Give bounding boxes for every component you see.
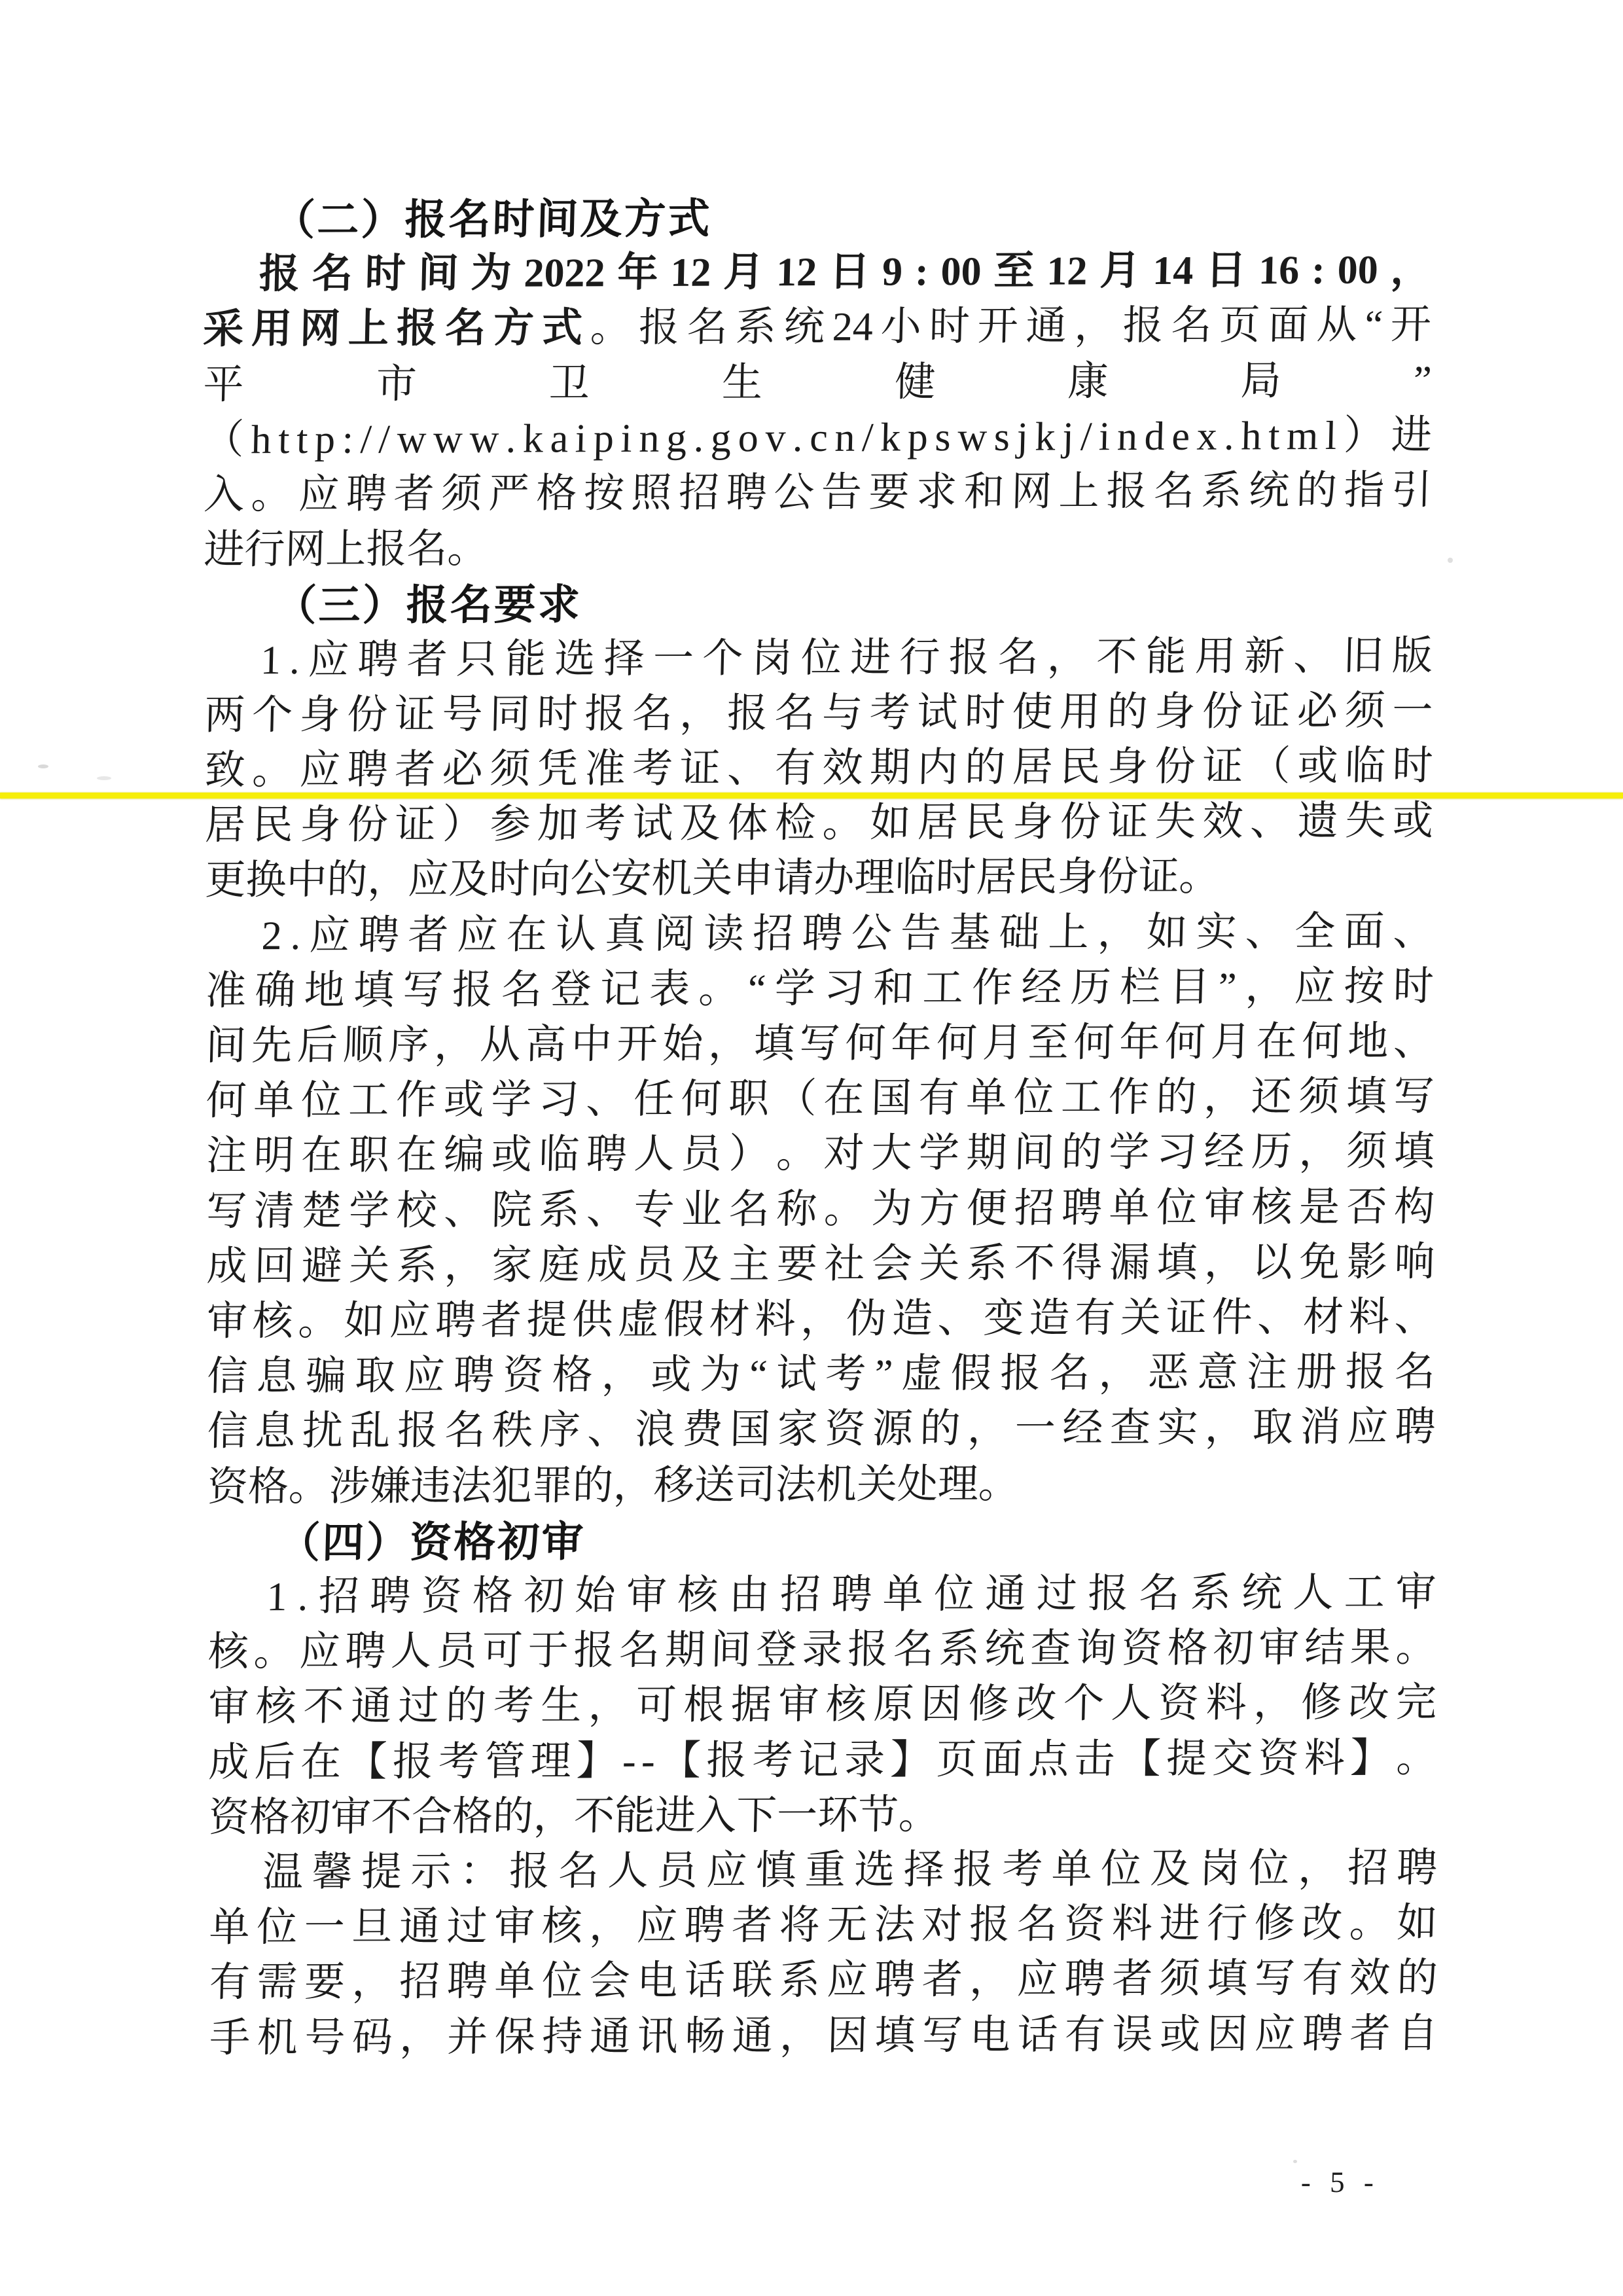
line-time-3: 平市卫生健康局” (203, 358, 1433, 408)
heading-section-2: （二）报名时间及方式 (202, 192, 1432, 244)
line-time-4: （http://www.kaiping.gov.cn/kpswsjkj/inde… (203, 413, 1433, 463)
line-tip-2: 单位一旦通过审核，应聘者将无法对报名资料进行修改。如 (209, 1901, 1438, 1951)
line-req-15: 信息扰乱报名秩序、浪费国家资源的，一经查实，取消应聘 (207, 1405, 1436, 1455)
line-req-4: 居民身份证）参加考试及体检。如居民身份证失效、遗失或 (204, 798, 1434, 849)
line-tip-3: 有需要，招聘单位会电话联系应聘者，应聘者须填写有效的 (209, 1956, 1438, 2006)
scan-speck (1293, 2160, 1297, 2163)
line-req-5: 更换中的，应及时向公安机关申请办理临时居民身份证。 (205, 853, 1435, 904)
line-tip-1: 温馨提示：报名人员应慎重选择报考单位及岗位，招聘 (208, 1846, 1438, 1896)
line-req-12: 成回避关系，家庭成员及主要社会关系不得漏填，以免影响 (206, 1240, 1436, 1290)
line-req-16: 资格。涉嫌违法犯罪的，移送司法机关处理。 (207, 1460, 1436, 1511)
line-req-3: 致。应聘者必须凭准考证、有效期内的居民身份证（或临时 (204, 744, 1434, 794)
heading-section-3: （三）报名要求 (204, 578, 1433, 630)
line-req-13: 审核。如应聘者提供虚假材料，伪造、变造有关证件、材料、 (206, 1295, 1436, 1345)
line-audit-4: 成后在【报考管理】--【报考记录】页面点击【提交资料】。 (208, 1736, 1438, 1786)
line-audit-5: 资格初审不合格的，不能进入下一环节。 (208, 1791, 1438, 1841)
line-req-6: 2.应聘者应在认真阅读招聘公告基础上，如实、全面、 (205, 909, 1435, 960)
line-time-5: 入。应聘者须严格按照招聘公告要求和网上报名系统的指引 (203, 468, 1433, 518)
scanned-document-page: （二）报名时间及方式报名时间为2022年12月12日9:00至12月14日16:… (0, 0, 1623, 2296)
line-req-9: 何单位工作或学习、任何职（在国有单位工作的，还须填写 (205, 1074, 1435, 1124)
scan-speck (38, 764, 48, 768)
line-req-11: 写清楚学校、院系、专业名称。为方便招聘单位审核是否构 (206, 1185, 1436, 1235)
line-req-7: 准确地填写报名登记表。“学习和工作经历栏目”，应按时 (205, 964, 1435, 1014)
line-req-2: 两个身份证号同时报名，报名与考试时使用的身份证必须一 (204, 689, 1434, 739)
line-audit-2: 核。应聘人员可于报名期间登录报名系统查询资格初审结果。 (207, 1625, 1437, 1676)
line-time-6: 进行网上报名。 (204, 523, 1433, 573)
scan-speck (1448, 558, 1453, 563)
document-lines: （二）报名时间及方式报名时间为2022年12月12日9:00至12月14日16:… (0, 0, 1623, 2296)
line-tip-4: 手机号码，并保持通讯畅通，因填写电话有误或因应聘者自 (209, 2011, 1438, 2062)
line-time-2: 采用网上报名方式。报名系统24小时开通，报名页面从“开 (202, 302, 1432, 353)
line-time-1: 报名时间为2022年12月12日9:00至12月14日16:00， (202, 247, 1432, 298)
page-number: - 5 - (1300, 2165, 1380, 2199)
line-audit-1: 1.招聘资格初始审核由招聘单位通过报名系统人工审 (207, 1570, 1437, 1621)
line-req-8: 间先后顺序，从高中开始，填写何年何月至何年何月在何地、 (205, 1019, 1435, 1069)
scan-speck (97, 776, 111, 780)
line-audit-3: 审核不通过的考生，可根据审核原因修改个人资料，修改完 (207, 1680, 1437, 1731)
scanner-yellow-line (0, 793, 1623, 798)
line-req-10: 注明在职在编或临聘人员）。对大学期间的学习经历，须填 (205, 1129, 1435, 1179)
heading-section-4: （四）资格初审 (207, 1515, 1436, 1567)
line-req-1: 1.应聘者只能选择一个岗位进行报名，不能用新、旧版 (204, 634, 1433, 684)
line-req-14: 信息骗取应聘资格，或为“试考”虚假报名，恶意注册报名 (207, 1350, 1436, 1400)
